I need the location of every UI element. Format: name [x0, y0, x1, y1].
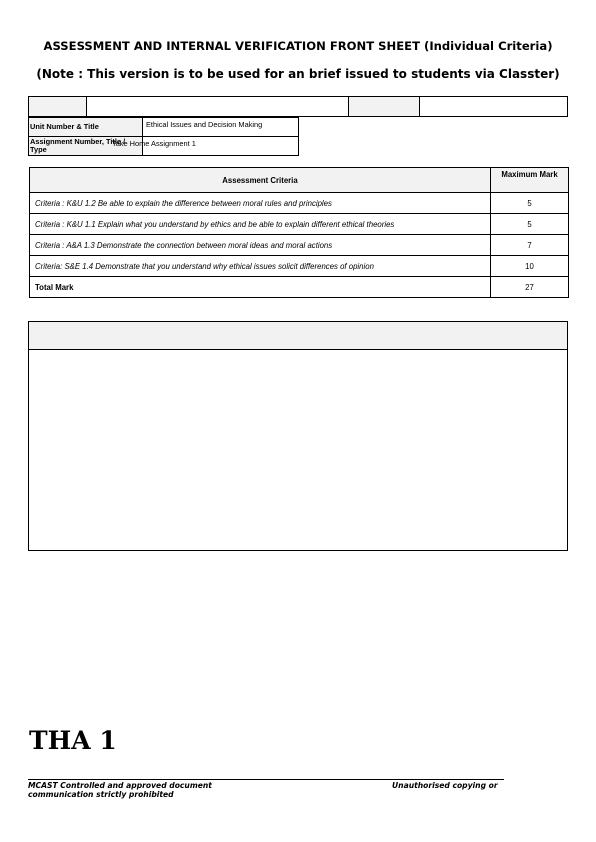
unit-info-table: Unit Number & Title Ethical Issues and D… — [28, 117, 299, 156]
table-row: Criteria : K&U 1.1 Explain what you unde… — [30, 214, 569, 235]
footer-divider — [28, 779, 504, 780]
max-mark-header: Maximum Mark — [491, 168, 569, 193]
total-label: Total Mark — [30, 277, 491, 298]
criteria-table: Assessment Criteria Maximum Mark Criteri… — [29, 167, 569, 298]
criteria-header: Assessment Criteria — [30, 168, 491, 193]
criteria-mark: 5 — [491, 214, 569, 235]
header-table — [28, 96, 568, 117]
criteria-text: Criteria : K&U 1.2 Be able to explain th… — [30, 193, 491, 214]
criteria-mark: 5 — [491, 193, 569, 214]
table-row: Criteria : A&A 1.3 Demonstrate the conne… — [30, 235, 569, 256]
feedback-header — [29, 322, 567, 350]
footer-right-text: Unauthorised copying or — [392, 781, 498, 790]
header-cell-3 — [349, 97, 420, 116]
criteria-header-row: Assessment Criteria Maximum Mark — [30, 168, 569, 193]
unit-label: Unit Number & Title — [29, 118, 142, 136]
assignment-value[interactable]: Take Home Assignment 1 — [112, 137, 298, 155]
unit-row: Unit Number & Title Ethical Issues and D… — [29, 117, 298, 136]
total-value: 27 — [491, 277, 569, 298]
feedback-body[interactable] — [29, 350, 567, 550]
document-note: (Note : This version is to be used for a… — [0, 67, 596, 81]
divider — [142, 137, 143, 155]
table-row: Criteria : K&U 1.2 Be able to explain th… — [30, 193, 569, 214]
header-cell-2[interactable] — [87, 97, 349, 116]
criteria-text: Criteria : K&U 1.1 Explain what you unde… — [30, 214, 491, 235]
total-row: Total Mark 27 — [30, 277, 569, 298]
assignment-value-text: Take Home Assignment 1 — [112, 139, 196, 148]
criteria-text: Criteria: S&E 1.4 Demonstrate that you u… — [30, 256, 491, 277]
unit-value[interactable]: Ethical Issues and Decision Making — [142, 118, 298, 136]
table-row: Criteria: S&E 1.4 Demonstrate that you u… — [30, 256, 569, 277]
criteria-mark: 10 — [491, 256, 569, 277]
criteria-text: Criteria : A&A 1.3 Demonstrate the conne… — [30, 235, 491, 256]
document-title: ASSESSMENT AND INTERNAL VERIFICATION FRO… — [0, 39, 596, 53]
assignment-row: Assignment Number, Title / Type Take Hom… — [29, 136, 298, 155]
header-cell-4[interactable] — [420, 97, 567, 116]
criteria-mark: 7 — [491, 235, 569, 256]
document-code: THA 1 — [29, 726, 117, 755]
feedback-box — [28, 321, 568, 551]
footer-left-text: MCAST Controlled and approved document c… — [28, 781, 238, 799]
header-cell-1 — [29, 97, 87, 116]
